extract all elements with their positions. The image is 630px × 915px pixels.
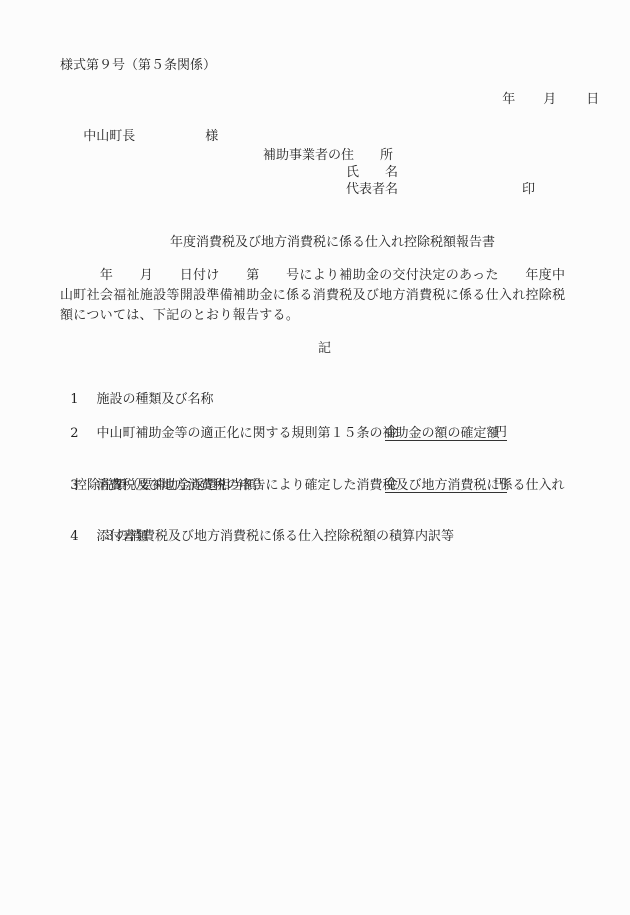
amount-field-3: 金 円 [385,477,507,493]
amount-prefix: 金 [385,425,398,440]
item-number: 1 [70,392,78,407]
ki-heading: 記 [318,340,331,357]
applicant-representative-label: 代表者名 [346,181,398,198]
item-number: 2 [70,426,78,441]
document-title: 年度消費税及び地方消費税に係る仕入れ控除税額報告書 [170,234,495,251]
addressee-name: 中山町長 [83,129,135,144]
item-text: 施設の種類及び名称 [97,392,214,407]
date-day: 日 [586,92,599,107]
amount-field-2: 金 円 [385,425,507,441]
applicant-name-label: 氏 名 [346,164,398,181]
date-line: 年月日 [494,74,599,108]
body-line-3: 額については、下記のとおり報告する。 [60,306,588,326]
amount-prefix: 金 [385,477,398,492]
addressee: 中山町長様 [75,111,218,145]
body-paragraph: 年 月 日付け 第 号により補助金の交付決定のあった 年度中 山町社会福祉施設等… [60,266,588,326]
item-number: 4 [70,529,78,544]
addressee-honorific: 様 [205,129,218,144]
amount-suffix: 円 [494,477,507,492]
body-line-1: 年 月 日付け 第 号により補助金の交付決定のあった 年度中 [60,266,588,286]
body-line-2: 山町社会福祉施設等開設準備補助金に係る消費税及び地方消費税に係る仕入れ控除税 [60,286,588,306]
item-1: 1施設の種類及び名称 [62,374,214,408]
applicant-address-label: 補助事業者の住 所 [263,147,393,164]
seal-mark: 印 [522,181,535,198]
item-3-continuation: 控除税額（要補助金返還相当額） [74,477,269,494]
item-4-detail: ３の消費税及び地方消費税に係る仕入控除税額の積算内訳等 [103,528,454,545]
amount-suffix: 円 [494,425,507,440]
date-year: 年 [502,92,515,107]
form-number: 様式第９号（第５条関係） [60,57,216,74]
date-month: 月 [543,92,556,107]
